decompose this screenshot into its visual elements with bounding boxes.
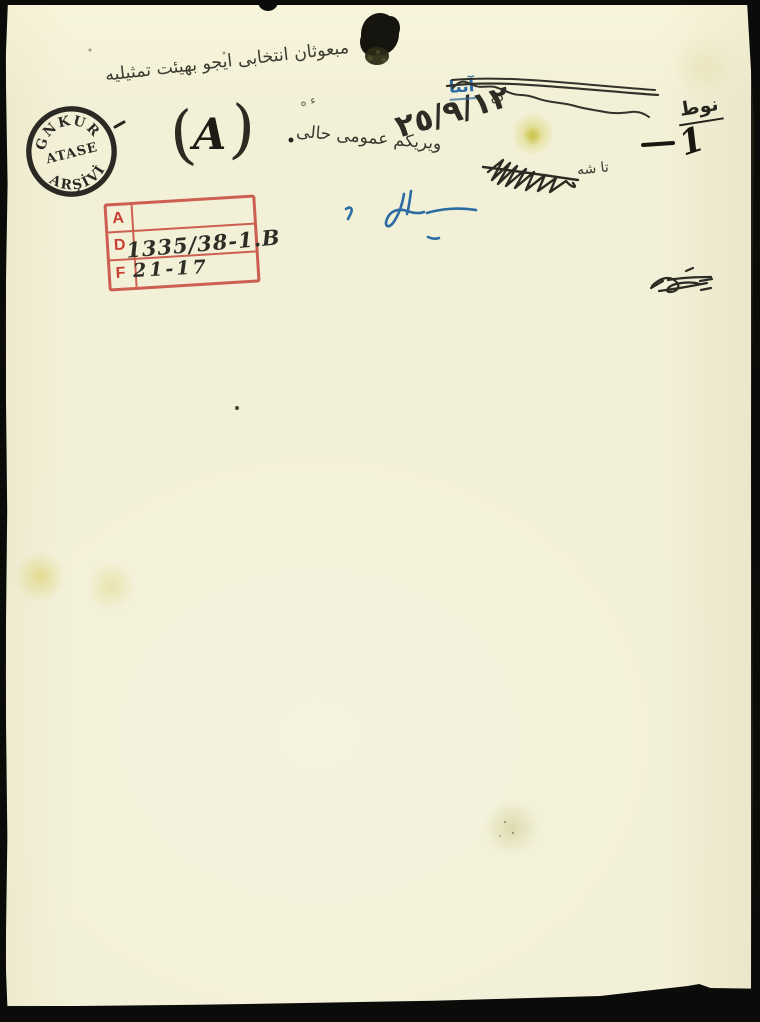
classification-letter: A xyxy=(193,110,226,160)
blue-ink-word: آتنا xyxy=(448,76,475,101)
margin-note-figure: 1 xyxy=(640,124,705,162)
stamp-text-middle: ATASE xyxy=(44,140,100,168)
dash-mark xyxy=(641,141,675,147)
scanned-archival-document: مبعوثان انتخابى ايجو بهيئت تمثيليه ء ه و… xyxy=(0,0,760,1022)
small-ottoman-words: تا شه xyxy=(576,159,609,178)
close-paren-mark: ) xyxy=(228,97,257,163)
small-pen-marks: ء ه xyxy=(299,93,317,110)
classification-mark: ( A ) xyxy=(168,96,263,176)
row-label-a: A xyxy=(107,205,134,232)
handwritten-folder-number: 21-17 xyxy=(132,256,209,282)
